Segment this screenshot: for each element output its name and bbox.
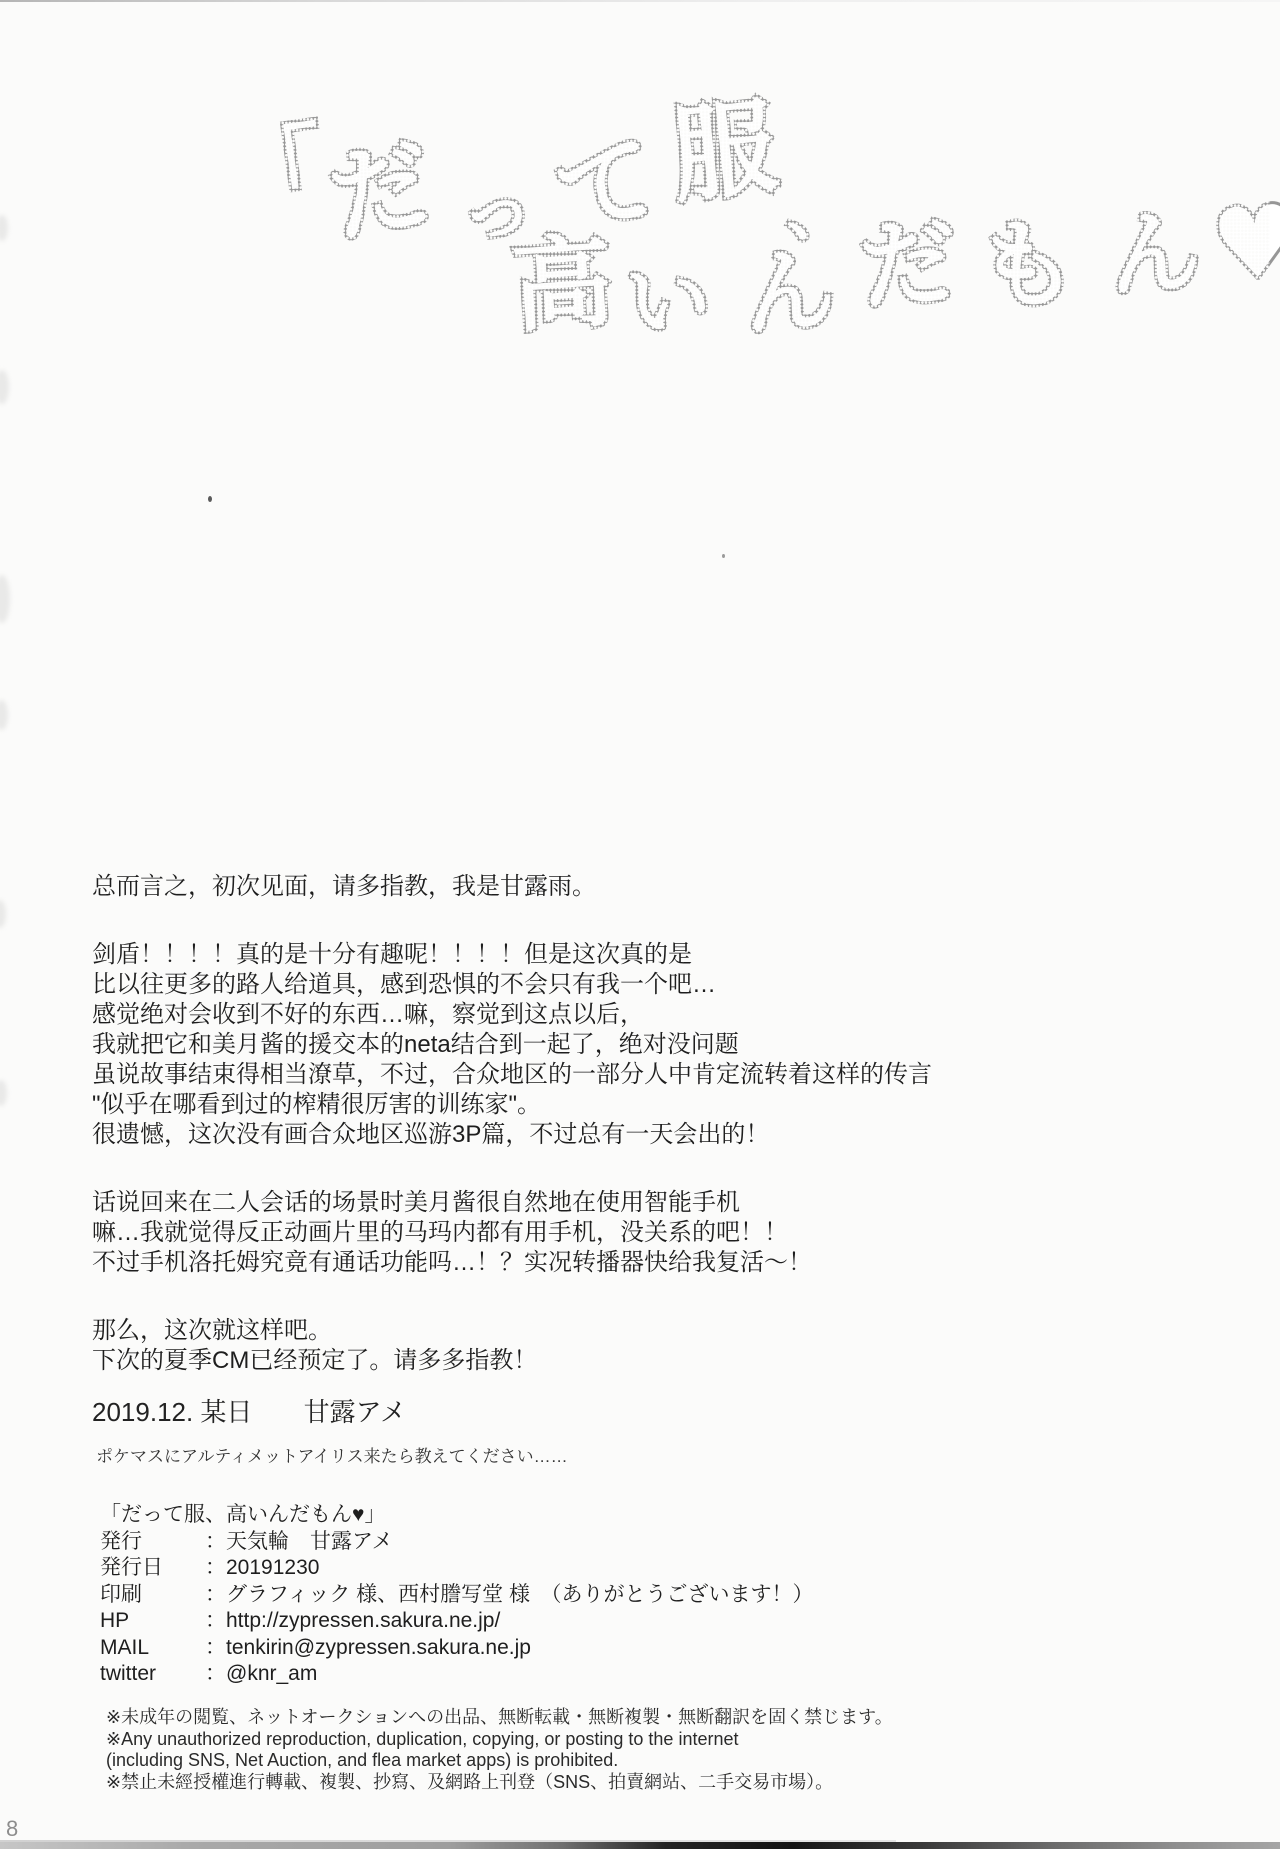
body-text: 总而言之，初次见面，请多指教，我是甘露雨。剑盾！！！！真的是十分有趣呢！！！！但… (92, 872, 1192, 1414)
body-line: 感觉绝对会收到不好的东西…嘛，察觉到这点以后， (92, 1001, 644, 1028)
colophon-colon: ： (205, 1530, 226, 1553)
title-char: だ (857, 214, 959, 316)
body-line: "似乎在哪看到过的榨精很厉害的训练家"。 (92, 1091, 541, 1118)
title-char: も (973, 211, 1082, 320)
colophon-row: 発行：天気輪 甘露アメ (100, 1529, 814, 1556)
disclaimer-line: (including SNS, Net Auction, and flea ma… (106, 1750, 893, 1772)
scan-artifact (0, 1080, 7, 1106)
scan-artifact (0, 575, 10, 623)
colophon-colon: ： (205, 1662, 226, 1685)
scanned-afterword-page: 「だって服、 高いんだもん♥」 总而言之，初次见面，请多指教，我是甘露雨。剑盾！… (0, 0, 1280, 1849)
note-line: ポケマスにアルティメットアイリス来たら教えてください…… (96, 1442, 568, 1467)
scan-speck (722, 554, 725, 558)
body-line: 虽说故事结束得相当潦草，不过，合众地区的一部分人中肯定流转着这样的传言 (92, 1061, 932, 1088)
colophon-label: twitter (100, 1661, 205, 1688)
body-line: 话说回来在二人会话的场景时美月酱很自然地在使用智能手机 (92, 1189, 740, 1216)
title-char: 「 (222, 121, 330, 229)
title-line-2: 高いんだもん♥」 (511, 200, 1280, 315)
body-paragraph: 剑盾！！！！真的是十分有趣呢！！！！但是这次真的是比以往更多的路人给道具，感到恐… (92, 940, 1192, 1150)
author-text: 甘露アメ (304, 1397, 406, 1427)
colophon-row: twitter：@knr_am (100, 1661, 814, 1688)
body-paragraph: 话说回来在二人会话的场景时美月酱很自然地在使用智能手机嘛…我就觉得反正动画片里的… (92, 1188, 1192, 1278)
colophon-value: tenkirin@zypressen.sakura.ne.jp (226, 1636, 531, 1659)
date-line: 2019.12. 某日 甘露アメ (92, 1392, 406, 1429)
colophon-colon: ： (205, 1583, 226, 1606)
body-line: 很遗憾，这次没有画合众地区巡游3P篇，不过总有一天会出的！ (92, 1121, 769, 1148)
scan-artifact (0, 900, 6, 928)
disclaimer-line: ※禁止未經授權進行轉載、複製、抄寫、及網路上刊登（SNS、拍賣網站、二手交易市場… (106, 1772, 893, 1794)
colophon-value: 天気輪 甘露アメ (226, 1530, 393, 1553)
colophon-row: 印刷：グラフィック 様、西村謄写堂 様 （ありがとうございます！） (100, 1582, 814, 1609)
title-char: 高 (509, 231, 616, 338)
body-line: 我就把它和美月酱的援交本的neta结合到一起了，绝对没问题 (92, 1031, 739, 1058)
body-line: 剑盾！！！！真的是十分有趣呢！！！！但是这次真的是 (92, 941, 692, 968)
colophon-value: http://zypressen.sakura.ne.jp/ (226, 1609, 500, 1632)
disclaimer: ※未成年の閲覧、ネットオークションへの出品、無断転載・無断複製・無断翻訳を固く禁… (106, 1707, 893, 1793)
body-line: 嘛…我就觉得反正动画片里的马玛内都有用手机，没关系的吧！！ (92, 1219, 788, 1246)
colophon-colon: ： (205, 1609, 226, 1632)
colophon-row: MAIL：tenkirin@zypressen.sakura.ne.jp (100, 1635, 814, 1662)
body-line: 下次的夏季CM已经预定了。请多多指教！ (92, 1347, 537, 1374)
page-number: 8 (6, 1816, 18, 1842)
colophon-rows: 発行：天気輪 甘露アメ発行日：20191230印刷：グラフィック 様、西村謄写堂… (100, 1529, 814, 1688)
colophon-label: 発行日 (100, 1555, 205, 1582)
title-char: ♥ (1209, 192, 1280, 296)
colophon-value: グラフィック 様、西村謄写堂 様 （ありがとうございます！） (226, 1583, 814, 1606)
colophon-label: MAIL (100, 1635, 205, 1662)
disclaimer-line: ※Any unauthorized reproduction, duplicat… (106, 1729, 893, 1751)
title-area: 「だって服、 高いんだもん♥」 (0, 0, 1280, 400)
colophon-colon: ： (205, 1556, 226, 1579)
disclaimer-line: ※未成年の閲覧、ネットオークションへの出品、無断転載・無断複製・無断翻訳を固く禁… (106, 1707, 893, 1729)
colophon-colon: ： (205, 1636, 226, 1659)
title-line-1: 「だって服、 (226, 93, 849, 219)
colophon-row: HP：http://zypressen.sakura.ne.jp/ (100, 1608, 814, 1635)
scan-edge-bottom (0, 1842, 1280, 1849)
body-line: 比以往更多的路人给道具，感到恐惧的不会只有我一个吧… (92, 971, 716, 998)
scan-speck (208, 496, 212, 502)
title-char: だ (323, 133, 440, 250)
date-text: 2019.12. 某日 (92, 1397, 252, 1427)
title-char: ん (738, 242, 839, 343)
colophon-title: 「だって服、高いんだもん♥」 (100, 1502, 814, 1529)
colophon: 「だって服、高いんだもん♥」 発行：天気輪 甘露アメ発行日：20191230印刷… (100, 1502, 814, 1688)
body-line: 总而言之，初次见面，请多指教，我是甘露雨。 (92, 873, 596, 900)
title-char: ん (1104, 205, 1204, 305)
title-char: い (625, 257, 713, 345)
colophon-value: @knr_am (226, 1662, 317, 1685)
body-line: 那么，这次就这样吧。 (92, 1317, 332, 1344)
colophon-label: 発行 (100, 1529, 205, 1556)
body-line: 不过手机洛托姆究竟有通话功能吗…！？实况转播器快给我复活～！ (92, 1249, 812, 1276)
colophon-row: 発行日：20191230 (100, 1555, 814, 1582)
body-paragraph: 总而言之，初次见面，请多指教，我是甘露雨。 (92, 872, 1192, 902)
colophon-label: HP (100, 1608, 205, 1635)
colophon-value: 20191230 (226, 1556, 319, 1579)
colophon-label: 印刷 (100, 1582, 205, 1609)
scan-artifact (0, 700, 8, 730)
title-char: 服 (667, 94, 781, 208)
body-paragraph: 那么，这次就这样吧。下次的夏季CM已经预定了。请多多指教！ (92, 1316, 1192, 1376)
